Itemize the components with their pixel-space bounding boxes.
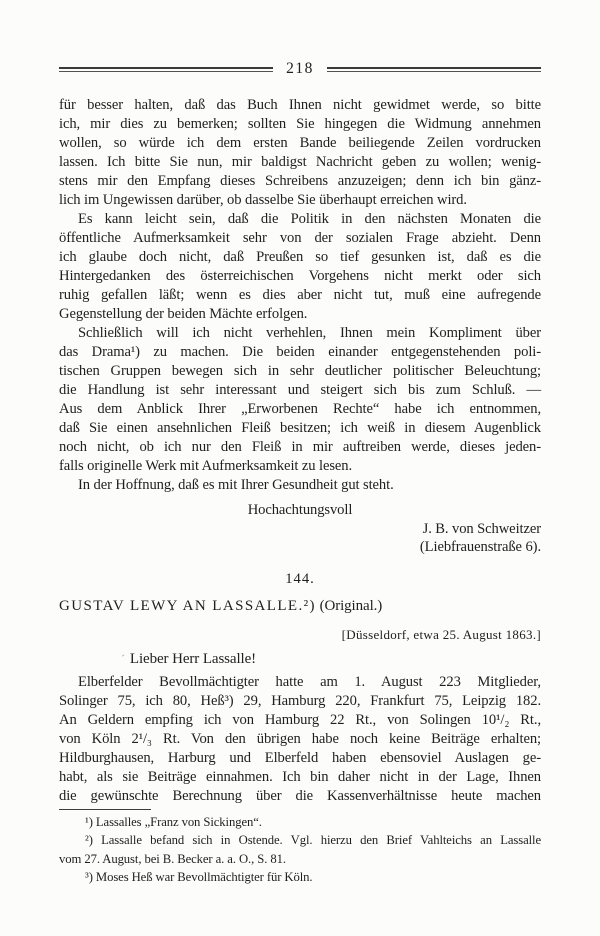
letter-143-paragraph-1: für besser halten, daß das Buch Ihnen ni… bbox=[59, 96, 541, 210]
text-line: das Drama¹) zu machen. Die beiden einand… bbox=[59, 343, 541, 362]
text-line: Schließlich will ich nicht verhehlen, Ih… bbox=[59, 324, 541, 343]
signature-name: J. B. von Schweitzer bbox=[59, 520, 541, 538]
text-line: für besser halten, daß das Buch Ihnen ni… bbox=[59, 96, 541, 115]
letter-143-body: für besser halten, daß das Buch Ihnen ni… bbox=[59, 96, 541, 887]
text-line: Hildburghausen, Harburg und Elberfeld ha… bbox=[59, 749, 541, 768]
text-line: die gewünschte Berechnung über die Kasse… bbox=[59, 787, 541, 806]
text-line: Gegenstellung der beiden Mächte erfolgen… bbox=[59, 305, 541, 324]
text-line: tischen Gruppen bewegen sich in sehr deu… bbox=[59, 362, 541, 381]
text-line: noch nicht, ob ich nur den Fleiß in mir … bbox=[59, 438, 541, 457]
footnote-separator-rule bbox=[59, 809, 151, 810]
text-line: Hintergedanken des österreichischen Vorg… bbox=[59, 267, 541, 286]
footnotes-section: ¹) Lassalles „Franz von Sickingen“. ²) L… bbox=[59, 809, 541, 887]
text-line: habt, als sie Beiträge einnahmen. Ich bi… bbox=[59, 768, 541, 787]
text-line: ³) Moses Heß war Bevollmächtigter für Kö… bbox=[59, 868, 541, 886]
header-rule-left bbox=[59, 67, 273, 72]
text-line: von Köln 2¹/₃ Rt. Von den übrigen habe n… bbox=[59, 730, 541, 749]
footnote-3: ³) Moses Heß war Bevollmächtigter für Kö… bbox=[59, 868, 541, 886]
text-line: Es kann leicht sein, daß die Politik in … bbox=[59, 210, 541, 229]
letter-144-heading-suffix: (Original.) bbox=[316, 598, 382, 614]
text-line: stens mir den Empfang dieses Schreibens … bbox=[59, 172, 541, 191]
text-line: Solinger 75, ich 80, Heß³) 29, Hamburg 2… bbox=[59, 692, 541, 711]
footnote-1: ¹) Lassalles „Franz von Sickingen“. bbox=[59, 813, 541, 831]
signature-address: (Liebfrauenstraße 6). bbox=[59, 538, 541, 556]
text-line: öffentliche Aufmerksamkeit sehr von der … bbox=[59, 229, 541, 248]
text-line: lassen. Ich bitte Sie nun, mir baldigst … bbox=[59, 153, 541, 172]
text-line: ¹) Lassalles „Franz von Sickingen“. bbox=[59, 813, 541, 831]
scan-artifact-mark: ´ bbox=[121, 652, 125, 666]
text-line: wollen, so würde ich dem ersten Bande be… bbox=[59, 134, 541, 153]
text-line: ²) Lassalle befand sich in Ostende. Vgl.… bbox=[59, 831, 541, 849]
page-number: 218 bbox=[273, 60, 327, 78]
book-page: 218 für besser halten, daß das Buch Ihne… bbox=[0, 0, 600, 936]
page-header: 218 bbox=[59, 60, 541, 79]
text-line: ich, mir dies zu bemerken; sollten Sie h… bbox=[59, 115, 541, 134]
letter-144-heading-name: GUSTAV LEWY AN LASSALLE.²) bbox=[59, 598, 316, 614]
letter-144-heading: GUSTAV LEWY AN LASSALLE.²) (Original.) bbox=[59, 597, 541, 616]
letter-144-paragraph-1: Elberfelder Bevollmächtigter hatte am 1.… bbox=[59, 673, 541, 806]
salutation-text: Lieber Herr Lassalle! bbox=[130, 651, 256, 667]
letter-143-paragraph-2: Es kann leicht sein, daß die Politik in … bbox=[59, 210, 541, 324]
text-line: ruhig gefallen läßt; wenn es dies aber n… bbox=[59, 286, 541, 305]
text-line: lich im Ungewissen darüber, ob dasselbe … bbox=[59, 191, 541, 210]
letter-143-signature: J. B. von Schweitzer (Liebfrauenstraße 6… bbox=[59, 520, 541, 556]
text-line: vom 27. August, bei B. Becker a. a. O., … bbox=[59, 850, 541, 868]
footnote-2: ²) Lassalle befand sich in Ostende. Vgl.… bbox=[59, 831, 541, 868]
text-line: An Geldern empfing ich von Hamburg 22 Rt… bbox=[59, 711, 541, 730]
text-line: In der Hoffnung, daß es mit Ihrer Gesund… bbox=[59, 476, 541, 495]
text-line: ich glaube doch nicht, daß Preußen so ti… bbox=[59, 248, 541, 267]
page-content: 218 für besser halten, daß das Buch Ihne… bbox=[59, 60, 541, 887]
letter-143-paragraph-4: In der Hoffnung, daß es mit Ihrer Gesund… bbox=[59, 476, 541, 495]
text-line: Elberfelder Bevollmächtigter hatte am 1.… bbox=[59, 673, 541, 692]
text-line: daß Sie einen ansehnlichen Fleiß besitze… bbox=[59, 419, 541, 438]
text-line: Aus dem Anblick Ihrer „Erworbenen Rechte… bbox=[59, 400, 541, 419]
letter-143-paragraph-3: Schließlich will ich nicht verhehlen, Ih… bbox=[59, 324, 541, 476]
letter-144-number: 144. bbox=[59, 570, 541, 589]
text-line: die Handlung ist sehr interessant und st… bbox=[59, 381, 541, 400]
header-rule-right bbox=[327, 67, 541, 72]
text-line: falls originelle Werk mit Aufmerksamkeit… bbox=[59, 457, 541, 476]
letter-144-dateline: [Düsseldorf, etwa 25. August 1863.] bbox=[59, 625, 541, 644]
letter-143-closing: Hochachtungsvoll bbox=[59, 501, 541, 520]
letter-144-salutation: ´Lieber Herr Lassalle! bbox=[59, 650, 541, 669]
